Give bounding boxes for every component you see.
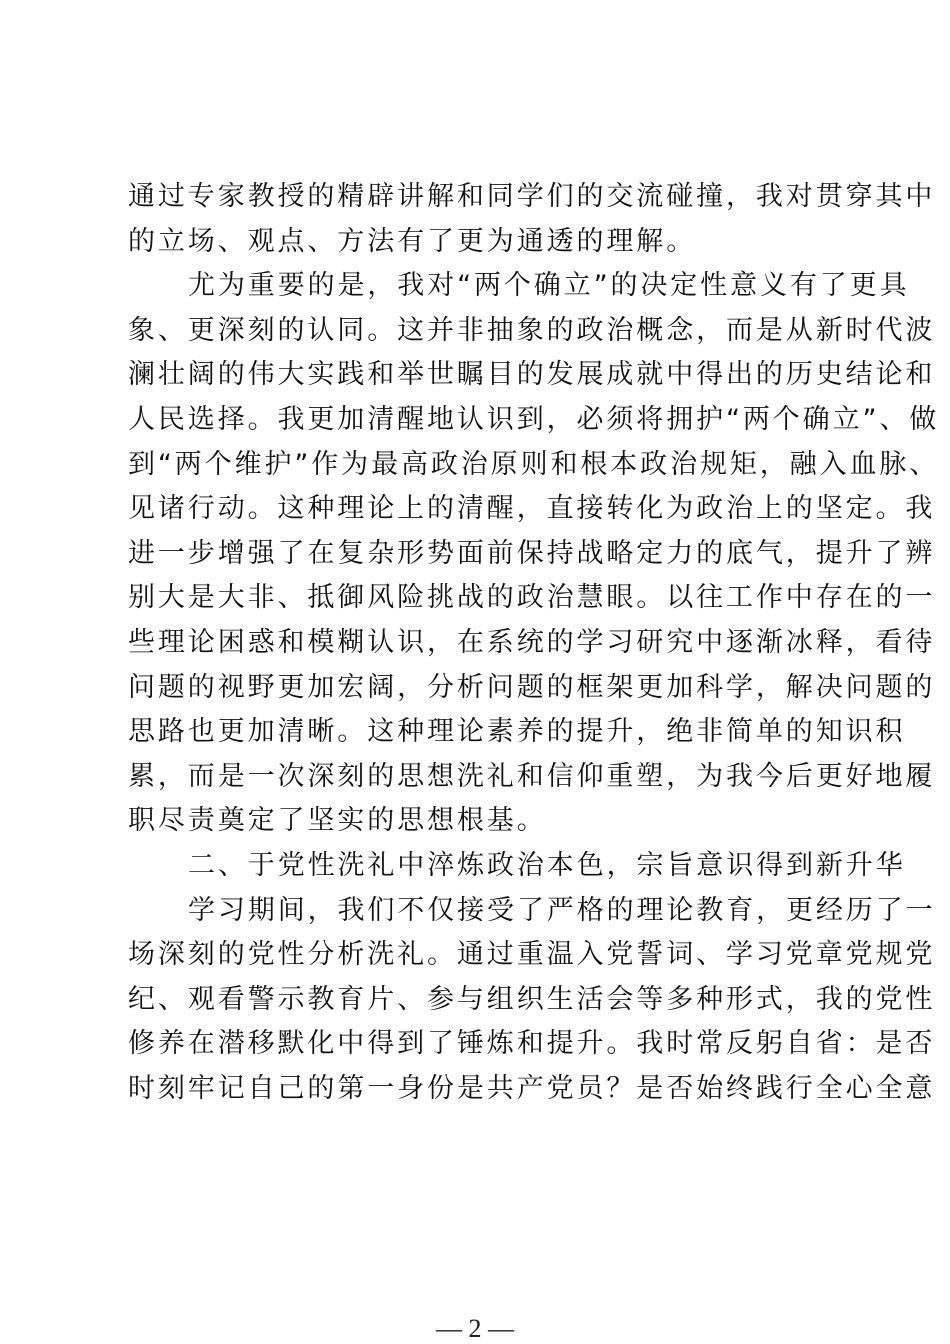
- text-line: 时刻牢记自己的第一身份是共产党员？是否始终践行全心全意: [128, 1067, 818, 1112]
- section-heading: 二、于党性洗礼中淬炼政治本色，宗旨意识得到新升华: [128, 844, 818, 889]
- text-line: 问题的视野更加宏阔，分析问题的框架更加科学，解决问题的: [128, 666, 818, 711]
- text-line: 场深刻的党性分析洗礼。通过重温入党誓词、学习党章党规党: [128, 933, 818, 978]
- text-line: 澜壮阔的伟大实践和举世瞩目的发展成就中得出的历史结论和: [128, 353, 818, 398]
- text-line: 些理论困惑和模糊认识，在系统的学习研究中逐渐冰释，看待: [128, 621, 818, 666]
- text-line: 修养在潜移默化中得到了锤炼和提升。我时常反躬自省：是否: [128, 1022, 818, 1067]
- text-line: 累，而是一次深刻的思想洗礼和信仰重塑，为我今后更好地履: [128, 755, 818, 800]
- page-number: — 2 —: [0, 1314, 950, 1344]
- text-line: 通过专家教授的精辟讲解和同学们的交流碰撞，我对贯穿其中: [128, 175, 818, 220]
- text-line: 进一步增强了在复杂形势面前保持战略定力的底气，提升了辨: [128, 532, 818, 577]
- document-page: 通过专家教授的精辟讲解和同学们的交流碰撞，我对贯穿其中 的立场、观点、方法有了更…: [0, 0, 950, 1344]
- text-line: 见诸行动。这种理论上的清醒，直接转化为政治上的坚定。我: [128, 487, 818, 532]
- body-text: 通过专家教授的精辟讲解和同学们的交流碰撞，我对贯穿其中 的立场、观点、方法有了更…: [128, 175, 818, 1111]
- text-line: 别大是大非、抵御风险挑战的政治慧眼。以往工作中存在的一: [128, 576, 818, 621]
- paragraph-start-line: 尤为重要的是，我对“两个确立”的决定性意义有了更具: [128, 264, 818, 309]
- text-line: 职尽责奠定了坚实的思想根基。: [128, 799, 818, 844]
- text-line: 人民选择。我更加清醒地认识到，必须将拥护“两个确立”、做: [128, 398, 818, 443]
- text-line: 到“两个维护”作为最高政治原则和根本政治规矩，融入血脉、: [128, 443, 818, 488]
- text-line: 纪、观看警示教育片、参与组织生活会等多种形式，我的党性: [128, 978, 818, 1023]
- text-line: 象、更深刻的认同。这并非抽象的政治概念，而是从新时代波: [128, 309, 818, 354]
- text-line: 的立场、观点、方法有了更为通透的理解。: [128, 220, 818, 265]
- text-line: 思路也更加清晰。这种理论素养的提升，绝非简单的知识积: [128, 710, 818, 755]
- paragraph-start-line: 学习期间，我们不仅接受了严格的理论教育，更经历了一: [128, 889, 818, 934]
